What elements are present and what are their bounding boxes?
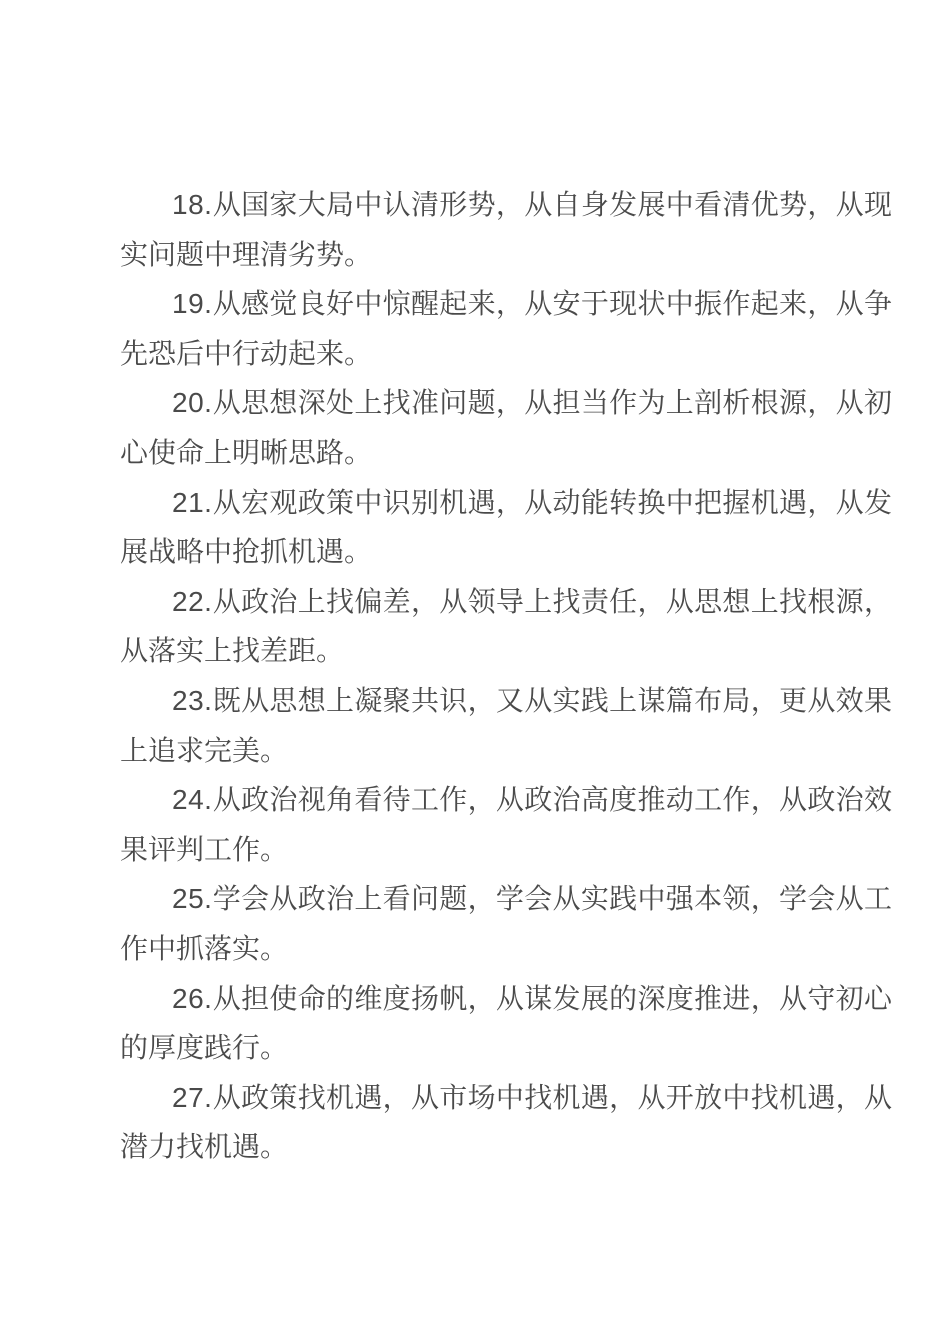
item-text: 从担使命的维度扬帆，从谋发展的深度推进，从守初心的厚度践行。 [120,983,892,1064]
list-item-24: 24.从政治视角看待工作，从政治高度推动工作，从政治效果评判工作。 [120,775,892,874]
item-text: 从国家大局中认清形势，从自身发展中看清优势，从现实问题中理清劣势。 [120,189,892,270]
item-text: 从政策找机遇，从市场中找机遇，从开放中找机遇，从潜力找机遇。 [120,1082,892,1163]
item-number: 21. [172,487,212,518]
list-item-20: 20.从思想深处上找准问题，从担当作为上剖析根源，从初心使命上明晰思路。 [120,378,892,477]
item-text: 学会从政治上看问题，学会从实践中强本领，学会从工作中抓落实。 [120,883,892,964]
list-item-22: 22.从政治上找偏差，从领导上找责任，从思想上找根源，从落实上找差距。 [120,577,892,676]
item-number: 22. [172,586,212,617]
list-item-23: 23.既从思想上凝聚共识，又从实践上谋篇布局，更从效果上追求完美。 [120,676,892,775]
item-text: 从政治上找偏差，从领导上找责任，从思想上找根源，从落实上找差距。 [120,586,892,667]
list-item-26: 26.从担使命的维度扬帆，从谋发展的深度推进，从守初心的厚度践行。 [120,974,892,1073]
item-text: 从感觉良好中惊醒起来，从安于现状中振作起来，从争先恐后中行动起来。 [120,288,892,369]
item-number: 20. [172,387,212,418]
item-number: 19. [172,288,212,319]
item-number: 23. [172,685,212,716]
item-text: 从宏观政策中识别机遇，从动能转换中把握机遇，从发展战略中抢抓机遇。 [120,487,892,568]
document-page: 18.从国家大局中认清形势，从自身发展中看清优势，从现实问题中理清劣势。 19.… [0,0,950,1344]
item-number: 24. [172,784,212,815]
item-text: 从政治视角看待工作，从政治高度推动工作，从政治效果评判工作。 [120,784,892,865]
list-item-18: 18.从国家大局中认清形势，从自身发展中看清优势，从现实问题中理清劣势。 [120,180,892,279]
item-number: 25. [172,883,212,914]
list-item-25: 25.学会从政治上看问题，学会从实践中强本领，学会从工作中抓落实。 [120,874,892,973]
item-number: 26. [172,983,212,1014]
item-number: 18. [172,189,212,220]
list-item-19: 19.从感觉良好中惊醒起来，从安于现状中振作起来，从争先恐后中行动起来。 [120,279,892,378]
list-item-27: 27.从政策找机遇，从市场中找机遇，从开放中找机遇，从潜力找机遇。 [120,1073,892,1172]
list-item-21: 21.从宏观政策中识别机遇，从动能转换中把握机遇，从发展战略中抢抓机遇。 [120,478,892,577]
item-text: 从思想深处上找准问题，从担当作为上剖析根源，从初心使命上明晰思路。 [120,387,892,468]
item-number: 27. [172,1082,212,1113]
item-text: 既从思想上凝聚共识，又从实践上谋篇布局，更从效果上追求完美。 [120,685,892,766]
